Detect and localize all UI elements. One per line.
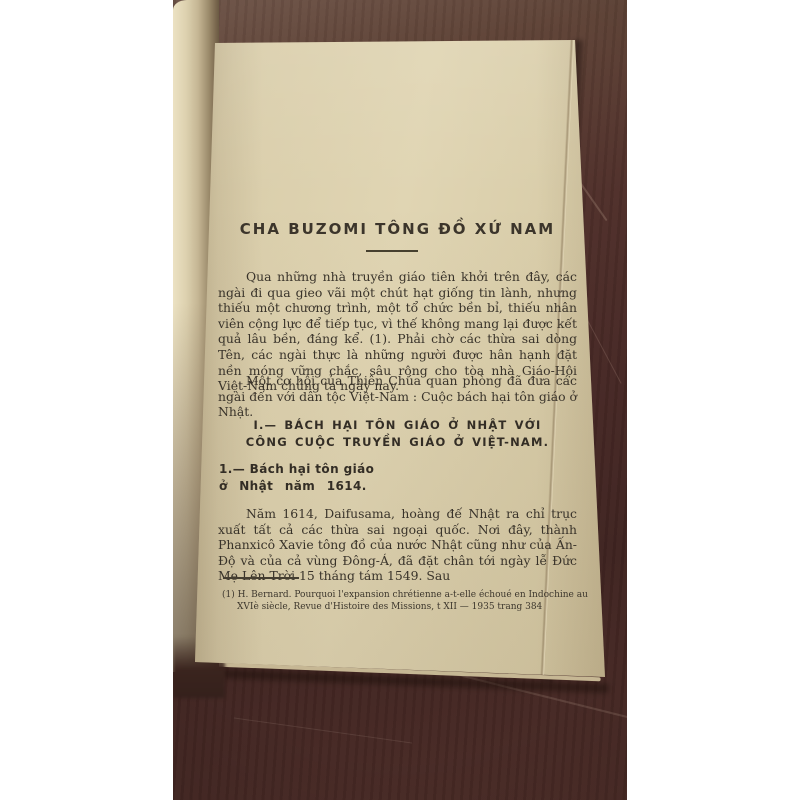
book-photo: CHA BUZOMI TÔNG ĐỒ XỨ NAM Qua những nhà …: [173, 0, 627, 800]
product-image-canvas: CHA BUZOMI TÔNG ĐỒ XỨ NAM Qua những nhà …: [0, 0, 800, 800]
title-underline: [366, 250, 418, 252]
subsection-heading: 1.— Bách hại tôn giáo ở Nhật năm 1614.: [219, 461, 519, 495]
section-heading-line1: I.— BÁCH HẠI TÔN GIÁO Ở NHẬT VỚI: [218, 417, 577, 434]
chapter-title: CHA BUZOMI TÔNG ĐỒ XỨ NAM: [218, 220, 577, 239]
subsection-heading-line1: 1.— Bách hại tôn giáo: [219, 461, 519, 478]
paragraph-3: Năm 1614, Daifusama, hoàng đế Nhật ra ch…: [218, 506, 577, 584]
subsection-heading-line2: ở Nhật năm 1614.: [219, 478, 519, 495]
paragraph-2: Một cơ hội của Thiên Chúa quan phòng đã …: [218, 373, 577, 420]
section-heading: I.— BÁCH HẠI TÔN GIÁO Ở NHẬT VỚI CÔNG CU…: [218, 417, 577, 450]
footnote-divider: [223, 577, 299, 579]
footnote: (1) H. Bernard. Pourquoi l'expansion chr…: [222, 590, 593, 613]
wood-scratch: [234, 717, 412, 743]
section-heading-line2: CÔNG CUỘC TRUYỀN GIÁO Ở VIỆT-NAM.: [218, 434, 577, 451]
